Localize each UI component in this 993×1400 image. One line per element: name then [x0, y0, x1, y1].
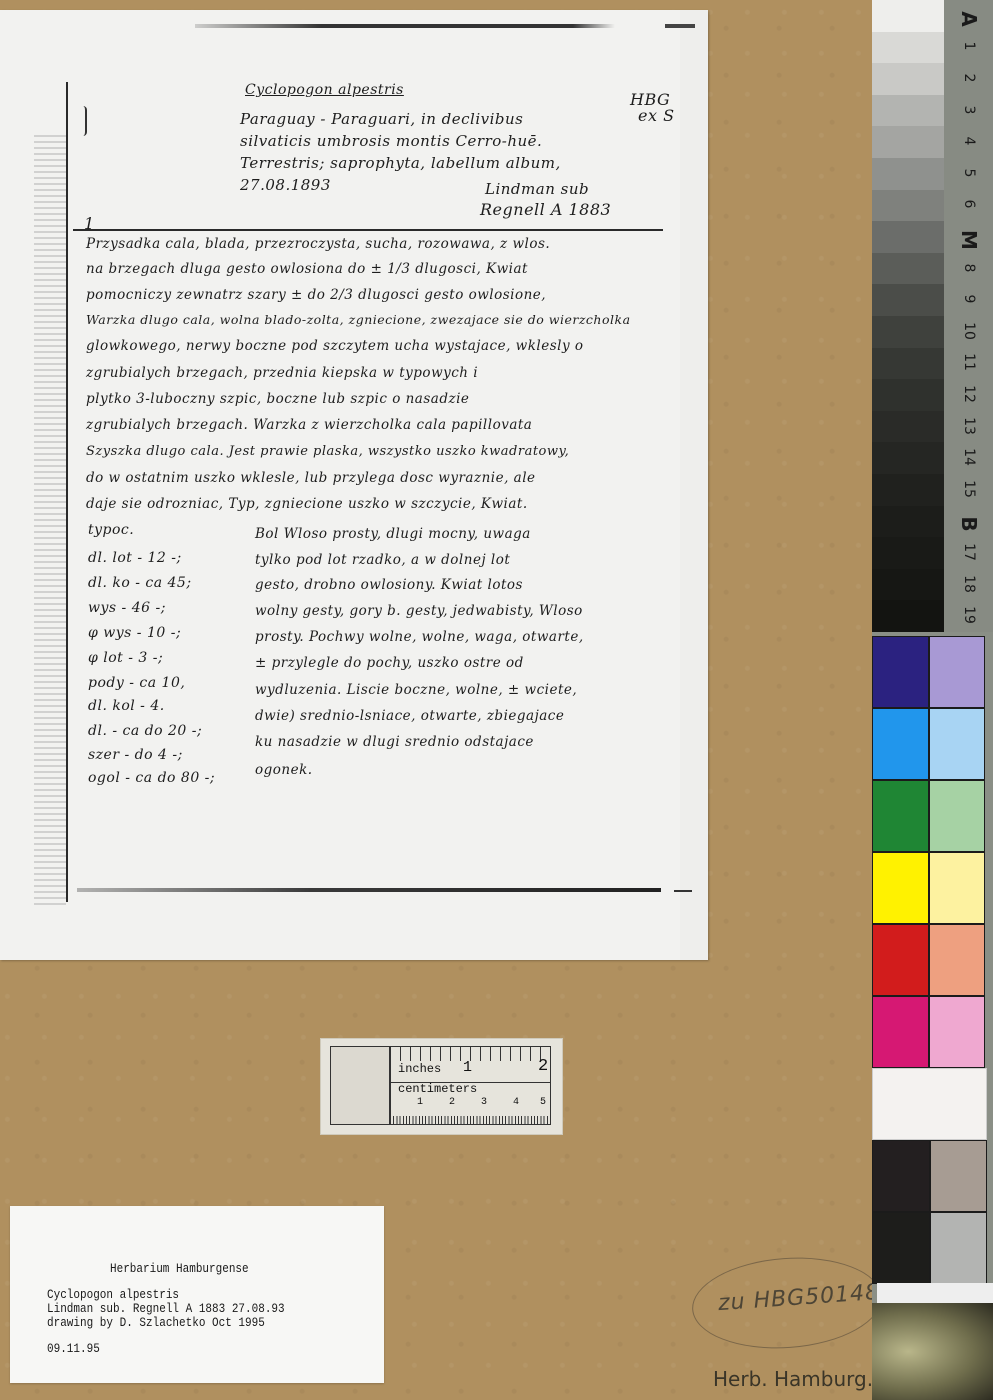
- inch-mark: 1: [463, 1059, 472, 1076]
- collector-line: Regnell A 1883: [480, 200, 611, 219]
- species-name: Cyclopogon alpestris: [47, 1288, 179, 1302]
- sheet-title: Cyclopogon alpestris: [245, 82, 404, 98]
- swatch-green: [872, 780, 929, 852]
- gray-scale-label: 9: [961, 287, 977, 311]
- gray-scale-label: 13: [961, 414, 977, 438]
- gray-step: [872, 411, 944, 443]
- gray-step: [872, 348, 944, 380]
- gray-scale-strip: [872, 0, 944, 632]
- cm-mark: 4: [513, 1097, 519, 1108]
- institution-name: Herbarium Hamburgense: [110, 1262, 249, 1276]
- measurement-item: dl. kol - 4.: [88, 698, 165, 714]
- gray-step: [872, 537, 944, 569]
- color-calibration-card: A123456M89101112131415B171819: [872, 0, 993, 1400]
- description-line: zgrubialych brzegach, przednia kiepska w…: [86, 365, 478, 381]
- drawing-credit: drawing by D. Szlachetko Oct 1995: [47, 1316, 265, 1330]
- inch-mark: 2: [538, 1057, 548, 1076]
- gray-step: [872, 506, 944, 538]
- herbarium-code-line: ex S: [630, 108, 675, 124]
- right-description-line: Bol Wloso prosty, dlugi mocny, uwaga: [255, 526, 531, 542]
- gray-step: [872, 379, 944, 411]
- right-description-line: ± przylegle do pochy, uszko ostre od: [255, 655, 524, 671]
- bottom-rule: [77, 888, 661, 892]
- background-blur: [872, 1303, 993, 1400]
- gray-step: [872, 600, 944, 632]
- swatch-cyan: [872, 708, 929, 780]
- cm-mark: 3: [481, 1097, 487, 1108]
- measurement-item: dl. ko - ca 45;: [88, 575, 192, 591]
- right-description-line: ogonek.: [255, 762, 313, 778]
- gray-scale-label: A: [957, 7, 981, 31]
- description-line: pomocniczy zewnatrz szary ± do 2/3 dlugo…: [86, 287, 546, 303]
- swatch-light-green: [929, 780, 985, 852]
- gray-scale-labels: A123456M89101112131415B171819: [944, 0, 993, 632]
- description-line: glowkowego, nerwy boczne pod szczytem uc…: [86, 338, 584, 354]
- gray-step: [872, 126, 944, 158]
- gray-scale-label: 17: [961, 540, 977, 564]
- swatch-white: [872, 1068, 987, 1140]
- header-divider: [73, 229, 663, 231]
- gray-scale-label: 3: [961, 98, 977, 122]
- card-bottom-edge: [877, 1283, 993, 1303]
- swatch-light-cyan: [929, 708, 985, 780]
- measurements-heading: typoc.: [88, 522, 134, 538]
- gray-step: [872, 221, 944, 253]
- gray-scale-label: M: [957, 228, 981, 252]
- centimeters-label: centimeters: [398, 1082, 477, 1096]
- swatch-pink: [929, 996, 985, 1068]
- right-description-line: ku nasadzie w dlugi srednio odstajace: [255, 734, 534, 750]
- herbarium-stamp: Herb. Hamburg.: [713, 1367, 873, 1391]
- top-rule-end: [665, 24, 695, 28]
- description-line: do w ostatnim uszko wklesle, lub przyleg…: [86, 470, 536, 486]
- measurement-item: φ lot - 3 -;: [88, 650, 163, 666]
- gray-scale-label: 14: [961, 445, 977, 469]
- gray-step: [872, 158, 944, 190]
- cm-ticks: [390, 1116, 550, 1124]
- swatch-light-yellow: [929, 852, 985, 924]
- scan-artifact-strip: [34, 135, 66, 905]
- swatch-black: [872, 1140, 930, 1212]
- collector-line: Lindman sub: [485, 180, 589, 198]
- left-margin-rule: [66, 82, 68, 902]
- margin-bracket-mark: [82, 106, 87, 136]
- swatch-light-gray: [930, 1212, 987, 1284]
- right-description-line: wydluzenia. Liscie boczne, wolne, ± wcie…: [255, 682, 577, 698]
- gray-step: [872, 474, 944, 506]
- right-description-line: prosty. Pochwy wolne, wolne, waga, otwar…: [255, 629, 584, 645]
- gray-scale-label: 2: [961, 66, 977, 90]
- swatch-lavender: [929, 636, 985, 708]
- gray-scale-label: 6: [961, 192, 977, 216]
- gray-scale-label: 5: [961, 161, 977, 185]
- right-description-line: dwie) srednio-lsniace, otwarte, zbiegaja…: [255, 708, 564, 724]
- description-line: na brzegach dluga gesto owlosiona do ± 1…: [86, 261, 528, 277]
- gray-step: [872, 316, 944, 348]
- swatch-yellow: [872, 852, 929, 924]
- right-description-line: wolny gesty, gory b. gesty, jedwabisty, …: [255, 603, 583, 619]
- gray-step: [872, 95, 944, 127]
- measurement-item: szer - do 4 -;: [88, 747, 183, 763]
- swatch-dark-blue: [872, 636, 929, 708]
- gray-scale-label: 18: [961, 572, 977, 596]
- collector-line: Lindman sub. Regnell A 1883 27.08.93: [47, 1302, 285, 1316]
- description-line: Przysadka cala, blada, przezroczysta, su…: [86, 236, 550, 252]
- gray-step: [872, 569, 944, 601]
- measurement-item: pody - ca 10,: [88, 675, 185, 691]
- ruler-scale: inches 1 2 centimeters 1 2 3 4 5: [389, 1046, 551, 1125]
- measurement-item: ogol - ca do 80 -;: [88, 770, 215, 786]
- label-date: 09.11.95: [47, 1342, 100, 1356]
- description-line: Szyszka dlugo cala. Jest prawie plaska, …: [86, 444, 569, 459]
- gray-scale-label: 1: [961, 34, 977, 58]
- gray-step: [872, 442, 944, 474]
- gray-scale-label: 15: [961, 477, 977, 501]
- bottom-rule-end: [674, 890, 692, 892]
- gray-step: [872, 63, 944, 95]
- specimen-label: Herbarium Hamburgense Cyclopogon alpestr…: [10, 1206, 384, 1383]
- cm-mark: 5: [540, 1097, 546, 1108]
- description-sheet: Cyclopogon alpestris HBG ex S Paraguay -…: [0, 10, 708, 960]
- swatch-red: [872, 924, 929, 996]
- gray-scale-label: 11: [961, 350, 977, 374]
- header-line: Terrestris; saprophyta, labellum album,: [240, 154, 561, 172]
- header-line: 27.08.1893: [240, 176, 331, 194]
- description-line: zgrubialych brzegach. Warzka z wierzchol…: [86, 417, 532, 433]
- gray-step: [872, 0, 944, 32]
- gray-step: [872, 32, 944, 64]
- measurement-item: dl. lot - 12 -;: [88, 550, 182, 566]
- right-description-line: gesto, drobno owlosiony. Kwiat lotos: [255, 577, 523, 593]
- measurement-item: dl. - ca do 20 -;: [88, 723, 202, 739]
- top-rule: [195, 24, 615, 28]
- header-line: Paraguay - Paraguari, in declivibus: [240, 110, 523, 128]
- gray-scale-label: 10: [961, 319, 977, 343]
- gray-step: [872, 190, 944, 222]
- description-line: daje sie odrozniac, Typ, zgniecione uszk…: [86, 496, 528, 512]
- measurement-item: φ wys - 10 -;: [88, 625, 181, 641]
- right-description-line: tylko pod lot rzadko, a w dolnej lot: [255, 552, 510, 568]
- ruler-blank-area: [330, 1046, 391, 1125]
- cm-mark: 2: [449, 1097, 455, 1108]
- swatch-magenta: [872, 996, 929, 1068]
- swatch-taupe: [930, 1140, 987, 1212]
- inches-label: inches: [398, 1062, 441, 1076]
- scale-ruler: inches 1 2 centimeters 1 2 3 4 5: [320, 1038, 563, 1135]
- gray-scale-label: 12: [961, 382, 977, 406]
- swatch-black-2: [872, 1212, 930, 1284]
- gray-step: [872, 284, 944, 316]
- gray-scale-label: 19: [961, 603, 977, 627]
- gray-scale-label: B: [957, 512, 981, 536]
- cm-mark: 1: [417, 1097, 423, 1108]
- description-line: plytko 3-luboczny szpic, boczne lub szpi…: [86, 391, 469, 407]
- gray-step: [872, 253, 944, 285]
- herbarium-code: HBG ex S: [630, 92, 675, 124]
- gray-scale-label: 4: [961, 129, 977, 153]
- gray-scale-label: 8: [961, 256, 977, 280]
- header-line: silvaticis umbrosis montis Cerro-huē.: [240, 132, 542, 150]
- swatch-salmon: [929, 924, 985, 996]
- measurement-item: wys - 46 -;: [88, 600, 166, 616]
- description-line: Warzka dlugo cala, wolna blado-zolta, zg…: [86, 312, 631, 327]
